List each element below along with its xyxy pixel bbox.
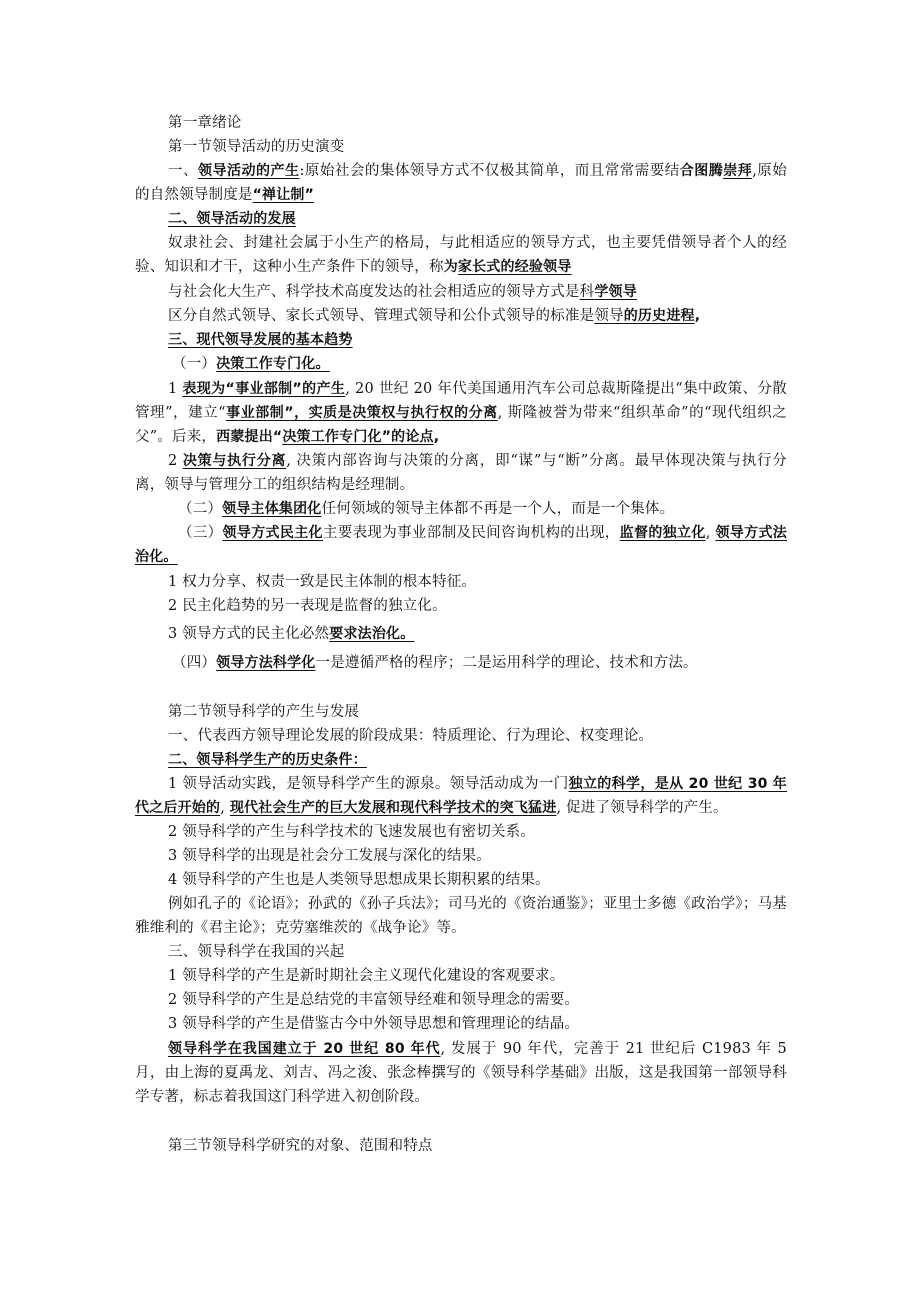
text-segment: , [706, 525, 716, 541]
paragraph-p27: 1 领导科学的产生是新时期社会主义现代化建设的客观要求。 [135, 964, 787, 988]
emphasized-text: 领导科学在我国建立于 20 世纪 80 年代 [168, 1041, 441, 1057]
text-segment: 为 [444, 259, 458, 275]
paragraph-p10: 1 表现为“事业部制”的产生, 20 世纪 20 年代美国通用汽车公司总裁斯隆提… [135, 377, 787, 450]
paragraph-p3: 一、领导活动的产生:原始社会的集体领导方式不仅极其简单，而且常常需要结合图腾崇拜… [135, 159, 787, 207]
emphasized-text: 崇拜 [723, 163, 752, 179]
paragraph-p23: 3 领导科学的出现是社会分工发展与深化的结果。 [135, 844, 787, 868]
paragraph-p17: （四）领导方法科学化一是遵循严格的程序；二是运用科学的理论、技术和方法。 [135, 651, 787, 675]
text-segment: 与社会化大生产、科学技术高度发达的社会相适应的领导方式是 [168, 284, 580, 300]
paragraph-p30: 领导科学在我国建立于 20 世纪 80 年代, 发展于 90 年代，完善于 21… [135, 1037, 787, 1110]
emphasized-text: ”的论点 [382, 429, 434, 445]
emphasized-text: 决策工作专门化 [282, 429, 381, 445]
emphasized-text: 领导方式民主化 [223, 525, 323, 541]
paragraph-p13: （三）领导方式民主化主要表现为事业部制及民间咨询机构的出现，监督的独立化, 领导… [135, 521, 787, 569]
text-segment: :原始社会的集体领导方式不仅极其简单，而且常常需要结 [299, 163, 679, 179]
paragraph-p15: 2 民主化趋势的另一表现是监督的独立化。 [135, 594, 787, 618]
text-segment: 一、代表西方领导理论发展的阶段成果：特质理论、行为理论、权变理论。 [168, 728, 653, 744]
text-segment: 4 领导科学的产生也是人类领导思想成果长期积累的结果。 [168, 872, 550, 888]
text-segment: 第三节领导科学研究的对象、范围和特点 [168, 1138, 433, 1154]
text-segment: 1 [168, 381, 182, 397]
text-segment: , 促进了领导科学的产生。 [556, 800, 727, 816]
text-segment: 3 领导科学的产生是借鉴古今中外领导思想和管理理论的结晶。 [168, 1016, 579, 1032]
paragraph-p6: 与社会化大生产、科学技术高度发达的社会相适应的领导方式是科学领导 [135, 280, 787, 304]
emphasized-text: 事业部制”，实质是决策权与执行权的分离 [226, 405, 498, 421]
emphasized-text: 决策与执行分离 [183, 453, 286, 469]
emphasized-text: “禅让制” [253, 187, 314, 203]
emphasized-text: 三、现代领导发展的基本趋势 [168, 332, 353, 348]
text-segment: 1 权力分享、权责一致是民主体制的根本特征。 [168, 574, 476, 590]
text-segment: 3 领导方式的民主化必然 [168, 626, 329, 642]
text-segment: 第二节领导科学的产生与发展 [168, 704, 359, 720]
text-segment: 1 领导科学的产生是新时期社会主义现代化建设的客观要求。 [168, 968, 564, 984]
paragraph-p1: 第一章绪论 [135, 111, 787, 135]
paragraph-p7: 区分自然式领导、家长式领导、管理式领导和公仆式领导的标准是领导的历史进程, [135, 304, 787, 328]
text-segment: 3 领导科学的出现是社会分工发展与深化的结果。 [168, 848, 491, 864]
paragraph-p20: 二、领导科学生产的历史条件： [135, 748, 787, 772]
paragraph-p16: 3 领导方式的民主化必然要求法治化。 [135, 622, 787, 646]
emphasized-text: 领导主体集团化 [222, 501, 321, 517]
text-segment: 2 领导科学的产生与科学技术的飞速发展也有密切关系。 [168, 824, 535, 840]
text-segment: 2 民主化趋势的另一表现是监督的独立化。 [168, 598, 447, 614]
paragraph-p21: 1 领导活动实践，是领导科学产生的源泉。领导活动成为一门独立的科学，是从 20 … [135, 772, 787, 820]
document-page: 第一章绪论第一节领导活动的历史演变一、领导活动的产生:原始社会的集体领导方式不仅… [0, 0, 920, 1301]
paragraph-p25: 例如孔子的《论语》；孙武的《孙子兵法》；司马光的《资治通鉴》；亚里士多德《政治学… [135, 892, 787, 940]
emphasized-text: 要求法治化。 [329, 626, 414, 642]
paragraph-p12: （二）领导主体集团化任何领域的领导主体都不再是一个人，而是一个集体。 [135, 497, 787, 521]
text-segment: 任何领域的领导主体都不再是一个人，而是一个集体。 [322, 501, 675, 517]
emphasized-text: 科 [580, 284, 595, 300]
emphasized-text: 表现为“事业部制”的产生 [182, 381, 345, 397]
paragraph-p14: 1 权力分享、权责一致是民主体制的根本特征。 [135, 570, 787, 594]
emphasized-text: 学领导 [594, 284, 637, 300]
emphasized-text: 领导活动的产生 [198, 163, 299, 179]
text-segment: 一是遵循严格的程序；二是运用科学的理论、技术和方法。 [316, 655, 698, 671]
emphasized-text: 领导方法科学化 [216, 655, 315, 671]
text-segment: 1 领导活动实践，是领导科学产生的源泉。领导活动成为一门 [168, 776, 569, 792]
paragraph-p19: 一、代表西方领导理论发展的阶段成果：特质理论、行为理论、权变理论。 [135, 724, 787, 748]
paragraph-p8: 三、现代领导发展的基本趋势 [135, 328, 787, 352]
text-segment: 主要表现为事业部制及民间咨询机构的出现， [323, 525, 620, 541]
text-segment: 2 领导科学的产生是总结党的丰富领导经难和领导理念的需要。 [168, 992, 579, 1008]
emphasized-text: 二、领导活动的发展 [168, 211, 296, 227]
text-segment: 三、领导科学在我国的兴起 [168, 944, 344, 960]
text-segment: 第一章绪论 [168, 115, 242, 131]
text-segment: 区分自然式领导、家长式领导、管理式领导和公仆式领导的标准是 [168, 308, 594, 324]
paragraph-p24: 4 领导科学的产生也是人类领导思想成果长期积累的结果。 [135, 868, 787, 892]
paragraph-p2: 第一节领导活动的历史演变 [135, 135, 787, 159]
paragraph-p4: 二、领导活动的发展 [135, 207, 787, 231]
text-segment: （二） [178, 501, 222, 517]
emphasized-text: 的历史进程 [624, 308, 695, 324]
emphasized-text: 决策工作专门化。 [216, 356, 330, 372]
paragraph-p31: 第三节领导科学研究的对象、范围和特点 [135, 1134, 787, 1158]
paragraph-p26: 三、领导科学在我国的兴起 [135, 940, 787, 964]
emphasized-text: 监督的独立化 [620, 525, 706, 541]
text-segment: （一） [172, 356, 216, 372]
paragraph-p5: 奴隶社会、封建社会属于小生产的格局，与此相适应的领导方式，也主要凭借领导者个人的… [135, 231, 787, 279]
text-segment: （四） [172, 655, 216, 671]
paragraph-p9: （一）决策工作专门化。 [135, 352, 787, 376]
text-segment: 例如孔子的《论语》；孙武的《孙子兵法》；司马光的《资治通鉴》；亚里士多德《政治学… [135, 896, 787, 936]
text-segment: 西蒙提出“ [216, 429, 282, 445]
text-segment: 2 [168, 453, 183, 469]
text-segment: , [434, 429, 440, 445]
text-segment: , [695, 308, 701, 324]
paragraph-p28: 2 领导科学的产生是总结党的丰富领导经难和领导理念的需要。 [135, 988, 787, 1012]
text-segment: , [220, 800, 230, 816]
paragraph-p18: 第二节领导科学的产生与发展 [135, 700, 787, 724]
emphasized-text: 领导 [594, 308, 623, 324]
text-segment: 第一节领导活动的历史演变 [168, 139, 344, 155]
emphasized-text: 二、领导科学生产的历史条件： [168, 752, 367, 768]
text-segment: 合图腾 [680, 163, 723, 179]
paragraph-p22: 2 领导科学的产生与科学技术的飞速发展也有密切关系。 [135, 820, 787, 844]
paragraph-p29: 3 领导科学的产生是借鉴古今中外领导思想和管理理论的结晶。 [135, 1012, 787, 1036]
emphasized-text: 家长式的经验领导 [458, 259, 572, 275]
emphasized-text: 现代社会生产的巨大发展和现代科学技术的突飞猛进 [230, 800, 557, 816]
text-segment: 一、 [168, 163, 198, 179]
paragraph-p11: 2 决策与执行分离, 决策内部咨询与决策的分离，即“谋”与“断”分离。最早体现决… [135, 449, 787, 497]
text-segment: （三） [178, 525, 223, 541]
